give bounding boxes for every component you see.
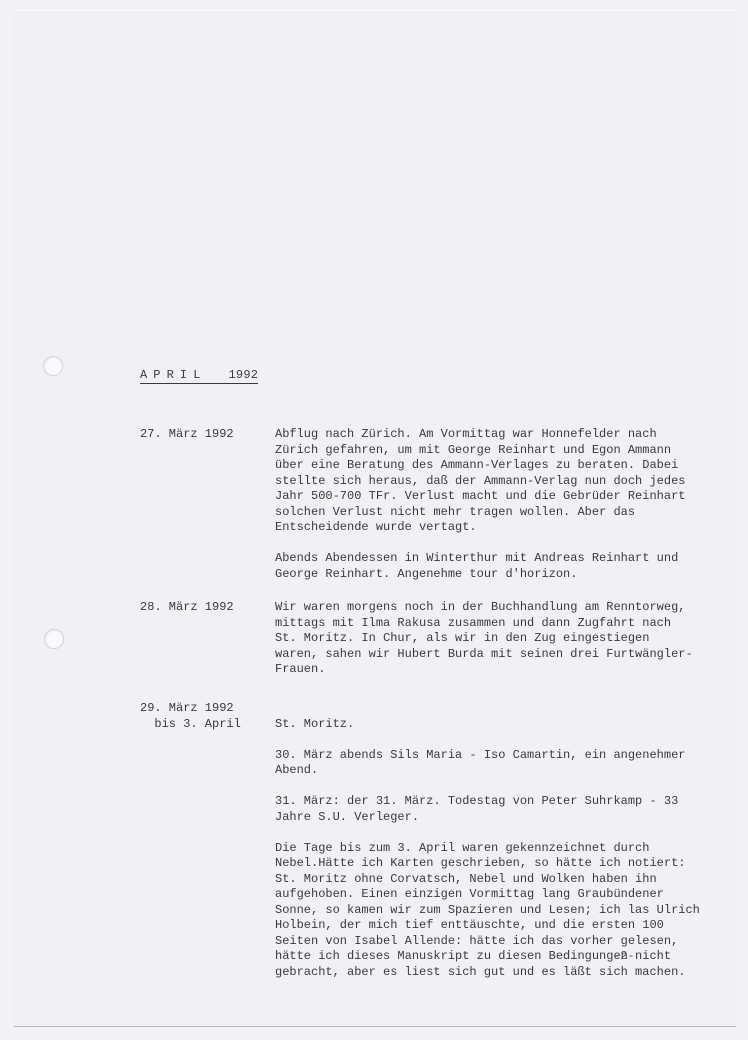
heading-year: 1992 (229, 368, 259, 382)
entry-paragraph: 30. März abends Sils Maria - Iso Camarti… (275, 748, 705, 779)
entry-paragraph: St. Moritz. (275, 717, 705, 733)
entry-body: St. Moritz.30. März abends Sils Maria - … (275, 717, 705, 996)
entry-body: Wir waren morgens noch in der Buchhandlu… (275, 600, 705, 693)
heading-month: APRIL (140, 368, 207, 382)
entry-paragraph: Die Tage bis zum 3. April waren gekennze… (275, 841, 705, 981)
punch-hole-icon (43, 356, 63, 376)
entry-date: 29. März 1992 bis 3. April (140, 701, 270, 732)
page-bottom-edge (14, 1026, 736, 1027)
page-number: -2- (613, 949, 635, 964)
entry-paragraph: Abends Abendessen in Winterthur mit Andr… (275, 551, 705, 582)
entry-date: 27. März 1992 (140, 427, 270, 443)
entry-paragraph: 31. März: der 31. März. Todestag von Pet… (275, 794, 705, 825)
entry-paragraph: Abflug nach Zürich. Am Vormittag war Hon… (275, 427, 705, 536)
entry-paragraph: Wir waren morgens noch in der Buchhandlu… (275, 600, 705, 678)
punch-hole-icon (44, 629, 64, 649)
section-heading: APRIL1992 (140, 368, 258, 384)
entry-date: 28. März 1992 (140, 600, 270, 616)
entry-body: Abflug nach Zürich. Am Vormittag war Hon… (275, 427, 705, 598)
